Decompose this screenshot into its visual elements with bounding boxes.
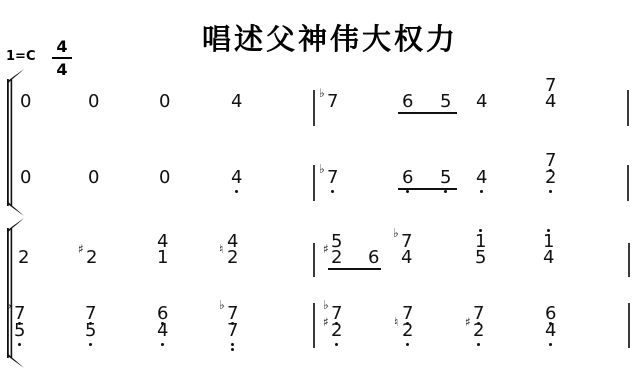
octave-dot-below xyxy=(406,343,409,346)
octave-dot-below xyxy=(231,348,234,351)
score-note: 2 xyxy=(545,169,556,187)
score-note: 2 xyxy=(402,322,413,340)
octave-dot-below xyxy=(406,190,409,193)
score-note: 4 xyxy=(157,322,168,340)
accidental-flat: ♭ xyxy=(319,87,325,99)
accidental-natural: ♮ xyxy=(394,316,398,328)
barline xyxy=(627,165,629,201)
accidental-flat: ♭ xyxy=(323,299,329,311)
octave-dot-above xyxy=(547,229,550,232)
score-note: 0 xyxy=(88,169,99,187)
octave-dot-below xyxy=(89,343,92,346)
barline xyxy=(313,165,315,201)
score-note: 0 xyxy=(20,93,31,111)
score-note: 1 xyxy=(157,249,168,267)
score-note: 0 xyxy=(159,169,170,187)
score-note: 7 xyxy=(327,169,338,187)
octave-dot-below xyxy=(444,190,447,193)
accidental-sharp: ♯ xyxy=(465,316,471,328)
score-note: 4 xyxy=(401,249,412,267)
accidental-flat: ♭ xyxy=(319,163,325,175)
score-note: 5 xyxy=(475,249,486,267)
score-note: 2 xyxy=(473,322,484,340)
accidental-sharp: ♯ xyxy=(78,243,84,255)
score-note: 2 xyxy=(331,249,342,267)
barline xyxy=(313,243,315,277)
score-note: 0 xyxy=(88,93,99,111)
score-note: 6 xyxy=(402,93,413,111)
octave-dot-below xyxy=(18,343,21,346)
score-note: 2 xyxy=(18,249,29,267)
score-note: 2 xyxy=(86,249,97,267)
accidental-sharp: ♯ xyxy=(323,243,329,255)
accidental-flat: ♭ xyxy=(393,227,399,239)
octave-dot-below xyxy=(331,190,334,193)
barline xyxy=(313,303,315,348)
beam-underline xyxy=(398,188,457,190)
system-bracket xyxy=(7,218,24,368)
score-note: 6 xyxy=(402,169,413,187)
score-note: 4 xyxy=(543,249,554,267)
barline xyxy=(627,90,629,126)
barline xyxy=(313,90,315,126)
score-note: 4 xyxy=(545,322,556,340)
octave-dot-below xyxy=(477,343,480,346)
score-note: 4 xyxy=(231,93,242,111)
octave-dot-below xyxy=(161,343,164,346)
score-note: 6 xyxy=(368,249,379,267)
score-note: 5 xyxy=(440,93,451,111)
score-note: 5 xyxy=(440,169,451,187)
score-note: 7 xyxy=(327,93,338,111)
octave-dot-below xyxy=(480,190,483,193)
score-note: 2 xyxy=(331,322,342,340)
accidental-sharp: ♯ xyxy=(323,316,329,328)
score-note: 5 xyxy=(85,322,96,340)
score-note: 4 xyxy=(231,169,242,187)
accidental-natural: ♮ xyxy=(219,243,223,255)
score-note: 4 xyxy=(476,93,487,111)
octave-dot-below xyxy=(231,343,234,346)
barline xyxy=(628,243,630,277)
sheet-music-page: 唱述父神伟大权力 1=C 4 4 00047♭6547400047♭654722… xyxy=(0,0,636,368)
score-note: 4 xyxy=(545,93,556,111)
score-note: 2 xyxy=(227,249,238,267)
score-note: 7 xyxy=(227,322,238,340)
score-note: 0 xyxy=(20,169,31,187)
score-note: 5 xyxy=(14,322,25,340)
beam-underline xyxy=(328,268,381,270)
octave-dot-below xyxy=(335,343,338,346)
octave-dot-below xyxy=(549,343,552,346)
beam-underline xyxy=(398,112,457,114)
octave-dot-below xyxy=(235,190,238,193)
score-note: 4 xyxy=(476,169,487,187)
accidental-flat: ♭ xyxy=(6,299,12,311)
accidental-flat: ♭ xyxy=(219,299,225,311)
octave-dot-above xyxy=(479,229,482,232)
barline xyxy=(628,303,630,348)
octave-dot-below xyxy=(549,190,552,193)
score-note: 0 xyxy=(159,93,170,111)
